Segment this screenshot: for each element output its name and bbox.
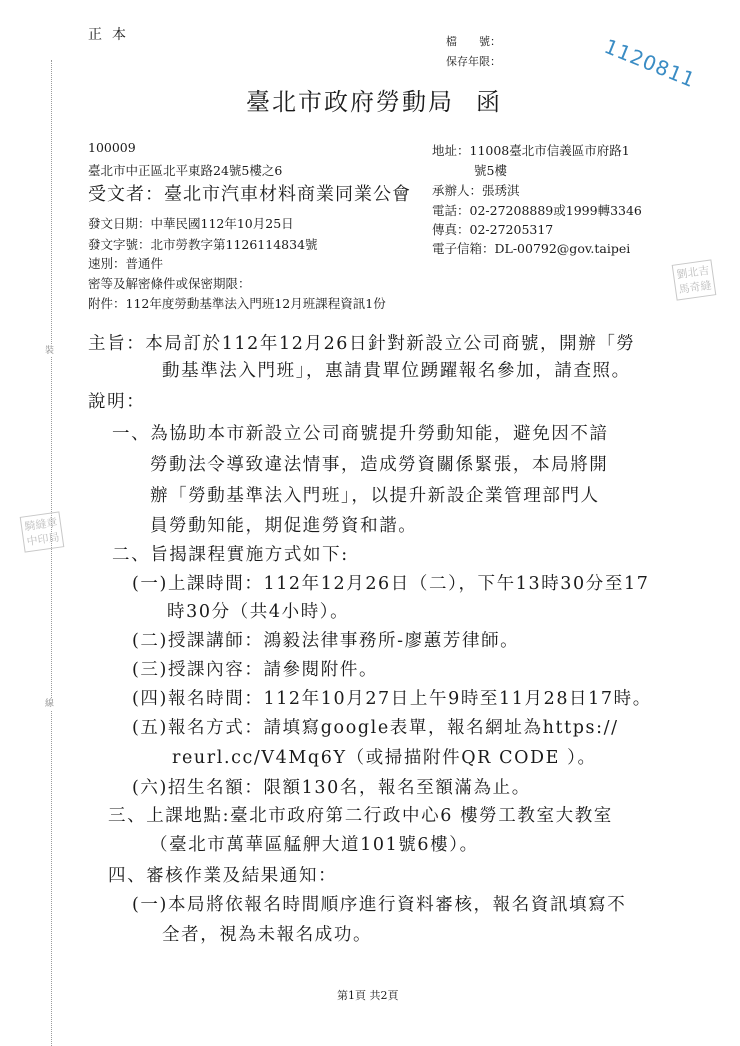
item2-sub3: (三)授課內容：請參閱附件。 xyxy=(132,656,378,681)
item2-title: 二、旨揭課程實施方式如下: xyxy=(112,541,349,566)
binding-mark-top: 裝 xyxy=(45,345,54,357)
binding-line xyxy=(51,60,52,1046)
item4-sub1-line-1: (一)本局將依報名時間順序進行資料審核，報名資訊填寫不 xyxy=(132,891,626,916)
copy-label: 正本 xyxy=(88,24,136,44)
item2-sub4: (四)報名時間：112年10月27日上午9時至11月28日17時。 xyxy=(132,685,652,710)
seam-seal-left: 騎縫章 中印局 xyxy=(20,511,65,552)
item2-sub5-line-2: reurl.cc/V4Mq6Y（或掃描附件QR CODE ）。 xyxy=(172,744,597,769)
agency-address-line1: 地址：11008臺北市信義區市府路1 xyxy=(432,141,630,159)
item2-sub1-line-2: 時30分（共4小時）。 xyxy=(167,598,349,623)
item2-sub2: (二)授課講師：鴻毅法律事務所-廖蕙芳律師。 xyxy=(132,627,519,652)
subject-line-2: 動基準法入門班」，惠請貴單位踴躍報名參加，請查照。 xyxy=(162,357,631,382)
issue-date: 發文日期：中華民國112年10月25日 xyxy=(88,214,294,232)
received-date-stamp: 1120811 xyxy=(601,34,699,92)
postal-code: 100009 xyxy=(88,140,136,155)
document-number: 發文字號：北市勞教字第1126114834號 xyxy=(88,235,318,253)
item3-line-2: （臺北市萬華區艋舺大道101號6樓）。 xyxy=(150,831,479,856)
item2-sub5-line-1: (五)報名方式：請填寫google表單，報名網址為https:// xyxy=(132,714,619,739)
item3-line-1: 三、上課地點:臺北市政府第二行政中心6 樓勞工教室大教室 xyxy=(108,802,613,827)
item1-line-4: 員勞動知能，期促進勞資和諧。 xyxy=(150,512,417,537)
seam-seal-right: 劉北吉 馬奇縫 xyxy=(672,259,717,300)
item1-line-2: 勞動法令導致違法情事，造成勞資關係緊張，本局將開 xyxy=(150,451,608,476)
item1-line-3: 辦「勞動基準法入門班」，以提升新設企業管理部門人 xyxy=(150,482,600,507)
issuing-agency: 臺北市政府勞動局 xyxy=(246,88,454,116)
item1-line-1: 一、為協助本市新設立公司商號提升勞動知能，避免因不諳 xyxy=(112,420,609,445)
document-type: 函 xyxy=(476,88,502,116)
binding-mark-bottom: 線 xyxy=(45,698,54,710)
handler: 承辦人：張琇淇 xyxy=(432,181,520,199)
explanation-label: 說明： xyxy=(88,388,145,413)
item4-sub1-line-2: 全者，視為未報名成功。 xyxy=(162,921,372,946)
subject-line-1: 主旨：本局訂於112年12月26日針對新設立公司商號，開辦「勞 xyxy=(88,330,636,355)
retention-period-label: 保存年限： xyxy=(446,53,501,69)
phone: 電話：02-27208889或1999轉3346 xyxy=(432,201,642,219)
email: 電子信箱：DL-00792@gov.taipei xyxy=(432,239,630,257)
attachment: 附件：112年度勞動基準法入門班12月班課程資訊1份 xyxy=(88,294,386,312)
item2-sub1-line-1: (一)上課時間：112年12月26日（二），下午13時30分至17 xyxy=(132,570,649,595)
page-title: 臺北市政府勞動局函 xyxy=(246,82,502,117)
item2-sub6: (六)招生名額：限額130名，報名至額滿為止。 xyxy=(132,774,531,799)
recipient: 受文者：臺北市汽車材料商業同業公會 xyxy=(88,180,411,206)
item4-title: 四、審核作業及結果通知： xyxy=(108,862,337,887)
page-number: 第1頁 共2頁 xyxy=(337,987,399,1003)
recipient-address: 臺北市中正區北平東路24號5樓之6 xyxy=(88,161,282,179)
fax: 傳真：02-27205317 xyxy=(432,220,553,238)
confidentiality: 密等及解密條件或保密期限： xyxy=(88,274,251,292)
agency-address-line2: 號5樓 xyxy=(474,161,507,179)
archive-number-label: 檔 號： xyxy=(446,33,501,49)
urgency: 速別：普通件 xyxy=(88,254,163,272)
